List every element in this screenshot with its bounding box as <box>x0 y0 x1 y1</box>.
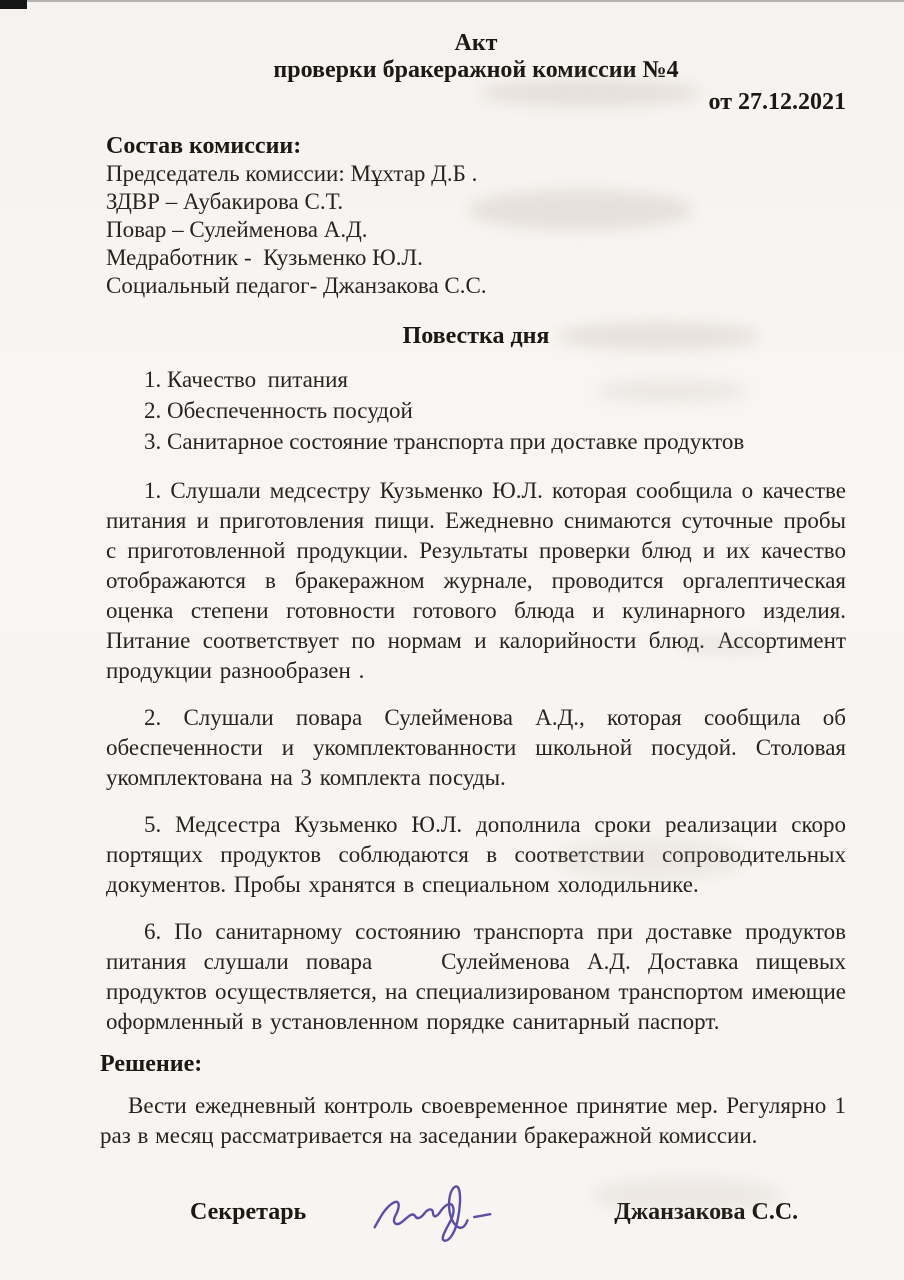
body-paragraph-2: 2. Слушали повара Сулейменова А.Д., кото… <box>106 703 846 793</box>
agenda-item-1: 1. Качество питания <box>144 364 846 395</box>
commission-heading: Состав комиссии: <box>106 132 846 160</box>
commission-section: Состав комиссии: Председатель комиссии: … <box>106 132 846 300</box>
commission-member-cook: Повар – Сулейменова А.Д. <box>106 216 846 244</box>
commission-member-zdvr: ЗДВР – Аубакирова С.Т. <box>106 188 846 216</box>
scanned-document-page: Акт проверки бракеражной комиссии №4 от … <box>0 0 904 1280</box>
body-paragraph-1: 1. Слушали медсестру Кузьменко Ю.Л. кото… <box>106 476 846 686</box>
scan-edge-artifact <box>0 0 904 2</box>
commission-member-chair: Председатель комиссии: Мұхтар Д.Б . <box>106 160 846 188</box>
body-paragraph-5: 5. Медсестра Кузьменко Ю.Л. дополнила ср… <box>106 810 846 900</box>
commission-member-medic: Медработник - Кузьменко Ю.Л. <box>106 244 846 272</box>
document-title: Акт <box>106 30 846 57</box>
signature-role-label: Секретарь <box>190 1199 306 1226</box>
decision-section: Решение: Вести ежедневный контроль своев… <box>100 1050 846 1151</box>
agenda-list: 1. Качество питания 2. Обеспеченность по… <box>106 364 846 457</box>
body-paragraph-6: 6. По санитарному состоянию транспорта п… <box>106 917 846 1037</box>
signature-row: Секретарь Джанзакова С.С. <box>106 1177 846 1247</box>
commission-member-social-pedagogue: Социальный педагог- Джанзакова С.С. <box>106 272 846 300</box>
agenda-heading: Повестка дня <box>106 322 846 350</box>
signature-ink-scribble <box>360 1170 514 1255</box>
signature-icon <box>360 1170 514 1250</box>
scan-corner-artifact <box>0 0 27 9</box>
agenda-item-2: 2. Обеспеченность посудой <box>144 395 846 426</box>
signature-name: Джанзакова С.С. <box>614 1199 798 1226</box>
agenda-item-3: 3. Санитарное состояние транспорта при д… <box>144 426 846 457</box>
decision-text: Вести ежедневный контроль своевременное … <box>100 1091 846 1151</box>
document-date: от 27.12.2021 <box>106 88 846 116</box>
document-subtitle: проверки бракеражной комиссии №4 <box>106 57 846 84</box>
decision-heading: Решение: <box>100 1050 846 1078</box>
